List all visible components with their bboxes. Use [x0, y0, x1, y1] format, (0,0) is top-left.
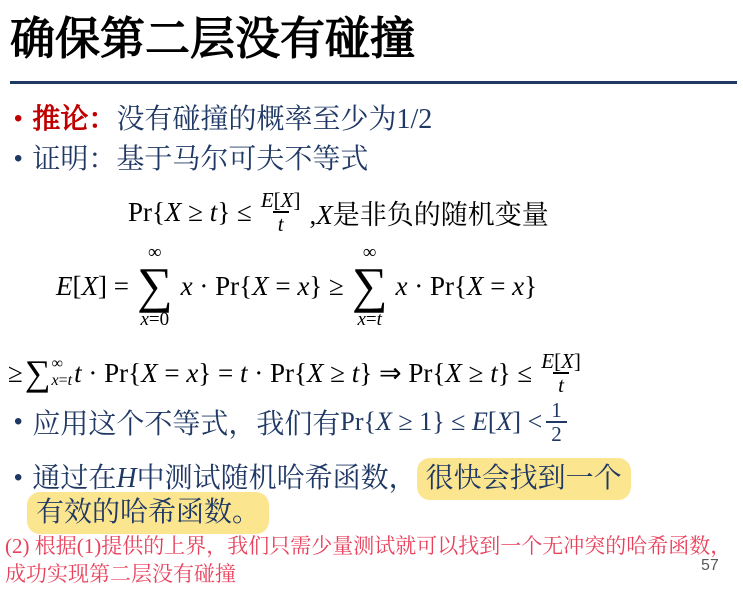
- fraction-one-half: 12: [546, 399, 567, 445]
- formula-derivation-mid: t · Pr{X = x} = t · Pr{X ≥ t} ⇒ Pr{X ≥ t…: [74, 358, 532, 389]
- footer-note-line1: (2) 根据(1)提供的上界，我们只需少量测试就可以找到一个无冲突的哈希函数，: [5, 530, 731, 560]
- formula-markov: Pr{X ≥ t} ≤ E[X] t ,X是非负的随机变量: [128, 186, 549, 238]
- apply-math: Pr{X ≥ 1} ≤ E[X] <: [340, 407, 542, 437]
- formula-expectation: E[X] = ∞ ∑ x=0 x · Pr{X = x} ≥ ∞ ∑ x=t x…: [56, 240, 537, 332]
- inline-sum-xt-infinity: ∑ ∞ x=t: [25, 355, 72, 391]
- test-hash-pre: 通过在: [32, 462, 116, 493]
- fraction-ex-over-t: E[X] t: [256, 189, 306, 235]
- highlighted-text-2: 有效的哈希函数。: [27, 492, 269, 534]
- highlighted-text-1: 很快会找到一个: [417, 458, 631, 500]
- test-hash-mid: 中测试随机哈希函数，: [137, 462, 417, 493]
- slide-title: 确保第二层没有碰撞: [10, 2, 415, 67]
- bullet-apply-inequality: •应用这个不等式，我们有Pr{X ≥ 1} ≤ E[X] <12: [14, 399, 571, 445]
- geq-sign: ≥: [8, 358, 23, 389]
- bullet-icon: •: [14, 464, 22, 492]
- proof-text: 证明：基于马尔可夫不等式: [32, 143, 368, 174]
- fraction-ex-over-t: E[X] t: [536, 350, 586, 396]
- title-divider: [10, 81, 737, 84]
- formula-derivation: ≥ ∑ ∞ x=t t · Pr{X = x} = t · Pr{X ≥ t} …: [8, 345, 590, 401]
- bullet-test-hash-cont: 有效的哈希函数。: [27, 490, 269, 530]
- sigma-icon: ∑: [137, 264, 173, 307]
- bullet-icon: •: [14, 105, 22, 133]
- formula-expectation-mid: x · Pr{X = x} ≥: [181, 271, 344, 302]
- bullet-icon: •: [14, 145, 22, 173]
- formula-expectation-lhs: E[X] =: [56, 271, 129, 302]
- apply-text: 应用这个不等式，我们有: [32, 402, 340, 442]
- page-number: 57: [701, 557, 719, 575]
- bullet-corollary: •推论：没有碰撞的概率至少为1/2: [14, 97, 432, 137]
- corollary-text: 没有碰撞的概率至少为: [116, 103, 396, 134]
- formula-markov-rhs: ,X是非负的随机变量: [310, 193, 549, 232]
- sum-x0-infinity: ∞ ∑ x=0: [137, 243, 173, 330]
- bullet-proof: •证明：基于马尔可夫不等式: [14, 137, 368, 177]
- corollary-term: 推论：: [32, 103, 116, 134]
- sum-xt-infinity: ∞ ∑ x=t: [352, 243, 388, 330]
- bullet-icon: •: [14, 408, 22, 436]
- formula-markov-lhs: Pr{X ≥ t} ≤: [128, 197, 252, 228]
- sigma-icon: ∑: [25, 355, 51, 391]
- corollary-fraction: 1/2: [396, 104, 432, 135]
- footer-note-line2: 成功实现第二层没有碰撞: [5, 558, 236, 588]
- slide: 确保第二层没有碰撞 •推论：没有碰撞的概率至少为1/2 •证明：基于马尔可夫不等…: [0, 0, 743, 589]
- sigma-icon: ∑: [352, 264, 388, 307]
- formula-expectation-rhs: x · Pr{X = x}: [395, 271, 537, 302]
